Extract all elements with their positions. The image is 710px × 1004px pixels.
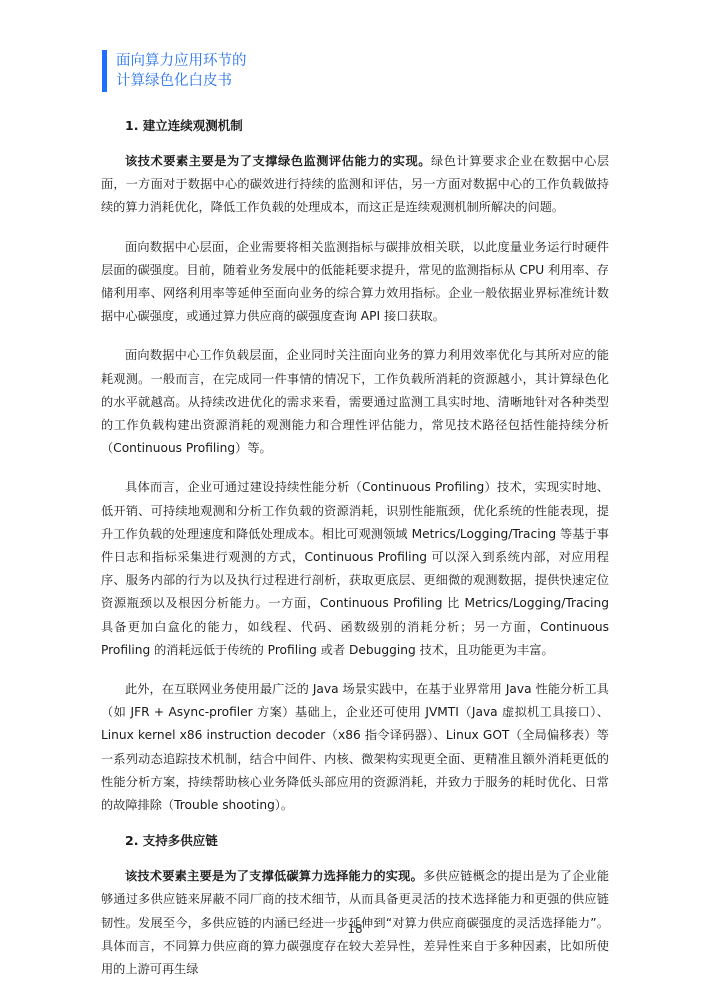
title-line-2: 计算绿色化白皮书: [116, 71, 247, 91]
paragraph-text: 具体而言，企业可通过建设持续性能分析（Continuous Profiling）…: [101, 480, 609, 656]
paragraph-text: 此外，在互联网业务使用最广泛的 Java 场景实践中，在基于业界常用 Java …: [101, 682, 609, 812]
paragraph: 此外，在互联网业务使用最广泛的 Java 场景实践中，在基于业界常用 Java …: [101, 678, 609, 817]
page-number: 18: [0, 922, 710, 936]
paragraph-text: 面向数据中心工作负载层面，企业同时关注面向业务的算力利用效率优化与其所对应的能耗…: [101, 348, 609, 455]
header-accent-bar: [102, 50, 107, 92]
section-heading: 1. 建立连续观测机制: [125, 116, 609, 136]
paragraph-text: 面向数据中心层面，企业需要将相关监测指标与碳排放相关联，以此度量业务运行时硬件层…: [101, 240, 609, 324]
section-heading: 2. 支持多供应链: [125, 831, 609, 851]
section-1: 1. 建立连续观测机制 该技术要素主要是为了支撑绿色监测评估能力的实现。绿色计算…: [101, 116, 609, 817]
paragraph: 该技术要素主要是为了支撑绿色监测评估能力的实现。绿色计算要求企业在数据中心层面，…: [101, 150, 609, 220]
paragraph: 面向数据中心工作负载层面，企业同时关注面向业务的算力利用效率优化与其所对应的能耗…: [101, 344, 609, 460]
paragraph: 具体而言，企业可通过建设持续性能分析（Continuous Profiling）…: [101, 476, 609, 662]
page-body: 1. 建立连续观测机制 该技术要素主要是为了支撑绿色监测评估能力的实现。绿色计算…: [101, 116, 609, 981]
paragraph-lead: 该技术要素主要是为了支撑低碳算力选择能力的实现。: [125, 869, 423, 883]
title-line-1: 面向算力应用环节的: [116, 51, 247, 71]
paragraph-lead: 该技术要素主要是为了支撑绿色监测评估能力的实现。: [125, 154, 431, 168]
section-2: 2. 支持多供应链 该技术要素主要是为了支撑低碳算力选择能力的实现。多供应链概念…: [101, 831, 609, 981]
paragraph: 面向数据中心层面，企业需要将相关监测指标与碳排放相关联，以此度量业务运行时硬件层…: [101, 236, 609, 329]
document-title: 面向算力应用环节的 计算绿色化白皮书: [116, 51, 247, 91]
